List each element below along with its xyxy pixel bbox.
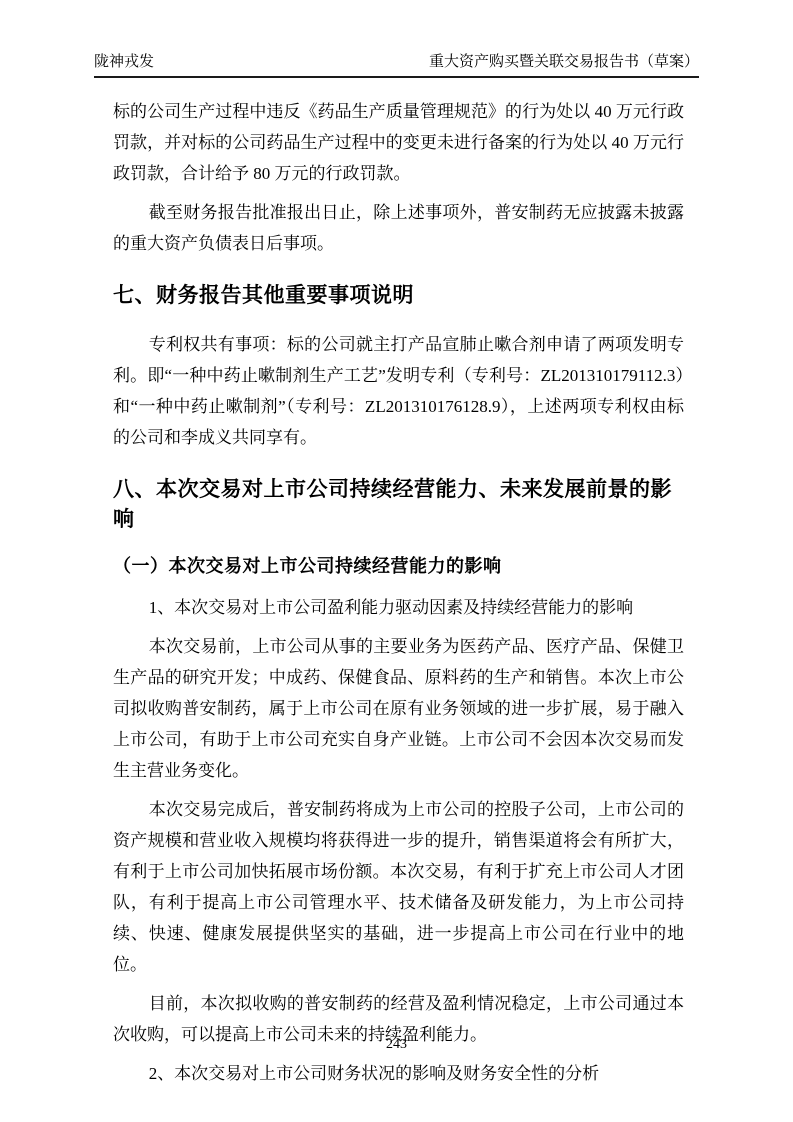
page-number: 243	[386, 1037, 407, 1052]
section-heading-7-financial-report-other-matters: 七、财务报告其他重要事项说明	[113, 281, 684, 311]
report-page: 陇神戎发 重大资产购买暨关联交易报告书（草案） 标的公司生产过程中违反《药品生产…	[0, 0, 793, 1122]
page-header: 陇神戎发 重大资产购买暨关联交易报告书（草案）	[94, 53, 699, 78]
subsection-heading-1-going-concern-impact: （一）本次交易对上市公司持续经营能力的影响	[113, 553, 684, 580]
page-footer: 243	[0, 1036, 793, 1054]
numbered-point-1-profitability-drivers: 1、本次交易对上市公司盈利能力驱动因素及持续经营能力的影响	[113, 592, 684, 623]
body-paragraph-balance-sheet-events: 截至财务报告批准报出日止，除上述事项外，普安制药无应披露未披露的重大资产负债表日…	[113, 197, 684, 259]
numbered-point-2-financial-condition-analysis: 2、本次交易对上市公司财务状况的影响及财务安全性的分析	[113, 1058, 684, 1089]
document-body: 标的公司生产过程中违反《药品生产质量管理规范》的行为处以 40 万元行政罚款，并…	[113, 96, 684, 1089]
header-report-title: 重大资产购买暨关联交易报告书（草案）	[429, 53, 699, 71]
body-paragraph-post-transaction-effects: 本次交易完成后，普安制药将成为上市公司的控股子公司，上市公司的资产规模和营业收入…	[113, 794, 684, 980]
body-paragraph-patent-co-ownership: 专利权共有事项：标的公司就主打产品宣肺止嗽合剂申请了两项发明专利。即“一种中药止…	[113, 329, 684, 453]
body-paragraph-penalty-continuation: 标的公司生产过程中违反《药品生产质量管理规范》的行为处以 40 万元行政罚款，并…	[113, 96, 684, 189]
header-company-name: 陇神戎发	[94, 53, 154, 71]
body-paragraph-pre-transaction-business: 本次交易前，上市公司从事的主要业务为医药产品、医疗产品、保健卫生产品的研究开发；…	[113, 631, 684, 786]
section-heading-8-transaction-impact: 八、本次交易对上市公司持续经营能力、未来发展前景的影响	[113, 475, 684, 535]
